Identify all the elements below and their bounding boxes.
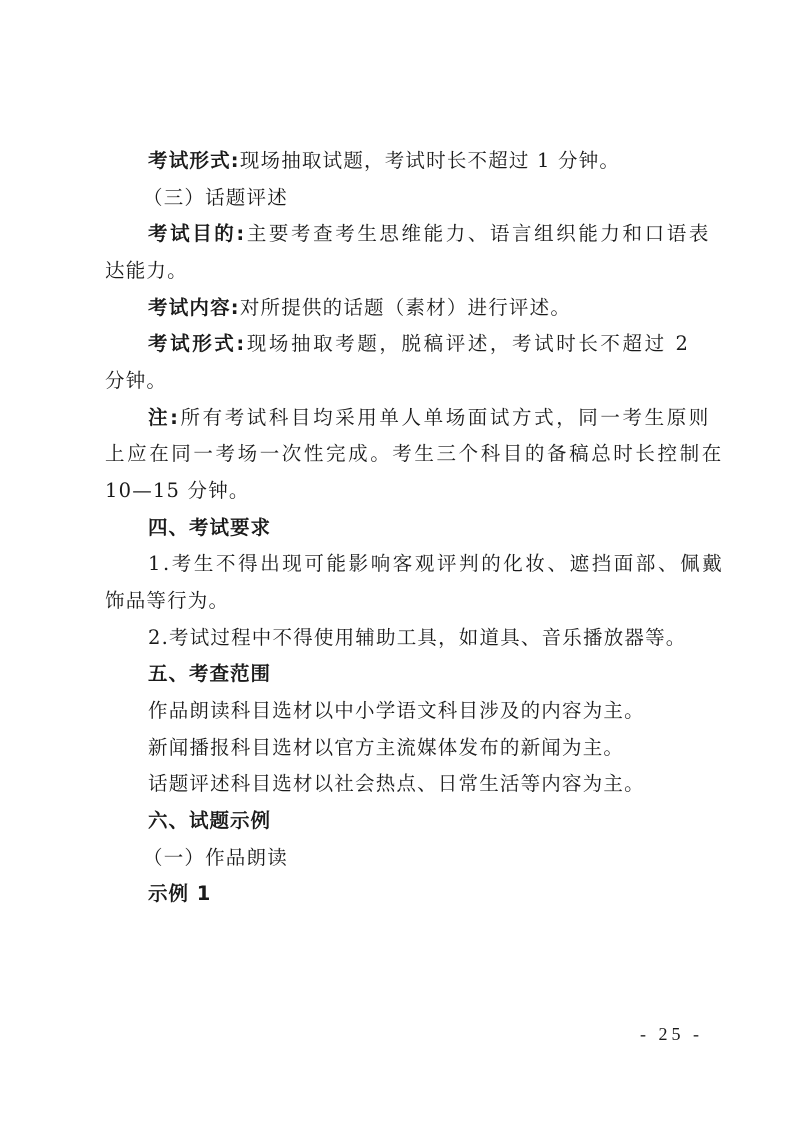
- exam-purpose-line: 考试目的:主要考查考生思维能力、语言组织能力和口语表: [148, 221, 738, 247]
- exam-format-line-2-cont: 分钟。: [105, 368, 695, 394]
- exam-content-line: 考试内容:对所提供的话题（素材）进行评述。: [148, 295, 738, 321]
- document-page: 考试形式:现场抽取试题，考试时长不超过 1 分钟。 （三）话题评述 考试目的:主…: [0, 0, 794, 1123]
- label: 考试目的:: [148, 222, 247, 245]
- example-1-heading: 示例 1: [148, 881, 738, 907]
- requirement-1-cont: 饰品等行为。: [105, 588, 695, 614]
- exam-format-line-1: 考试形式:现场抽取试题，考试时长不超过 1 分钟。: [148, 148, 738, 174]
- text: 现场抽取试题，考试时长不超过 1 分钟。: [240, 149, 620, 172]
- text: 现场抽取考题，脱稿评述，考试时长不超过 2: [247, 332, 691, 355]
- exam-format-line-2: 考试形式:现场抽取考题，脱稿评述，考试时长不超过 2: [148, 331, 738, 357]
- subsection-heading-work-reading: （一）作品朗读: [143, 845, 733, 871]
- text: 对所提供的话题（素材）进行评述。: [240, 296, 571, 319]
- scope-topic: 话题评述科目选材以社会热点、日常生活等内容为主。: [148, 771, 738, 797]
- scope-news: 新闻播报科目选材以官方主流媒体发布的新闻为主。: [148, 735, 738, 761]
- page-number: - 25 -: [640, 1024, 703, 1045]
- requirement-1: 1.考生不得出现可能影响客观评判的化妆、遮挡面部、佩戴: [148, 551, 738, 577]
- section-heading-exam-scope: 五、考查范围: [148, 661, 738, 687]
- section-heading-exam-requirements: 四、考试要求: [148, 515, 738, 541]
- text: 主要考查考生思维能力、语言组织能力和口语表: [247, 222, 711, 245]
- label: 注:: [148, 406, 181, 429]
- section-heading-sample-questions: 六、试题示例: [148, 808, 738, 834]
- label: 考试形式:: [148, 332, 247, 355]
- exam-purpose-line-cont: 达能力。: [105, 258, 695, 284]
- note-line-cont: 上应在同一考场一次性完成。考生三个科目的备稿总时长控制在: [105, 441, 695, 467]
- scope-reading: 作品朗读科目选材以中小学语文科目涉及的内容为主。: [148, 698, 738, 724]
- note-line-cont-2: 10—15 分钟。: [105, 478, 695, 504]
- text: 所有考试科目均采用单人单场面试方式，同一考生原则: [181, 406, 711, 429]
- note-line: 注:所有考试科目均采用单人单场面试方式，同一考生原则: [148, 405, 738, 431]
- label: 考试形式:: [148, 149, 240, 172]
- subsection-heading-topic-commentary: （三）话题评述: [143, 185, 733, 211]
- label: 考试内容:: [148, 296, 240, 319]
- requirement-2: 2.考试过程中不得使用辅助工具，如道具、音乐播放器等。: [148, 625, 738, 651]
